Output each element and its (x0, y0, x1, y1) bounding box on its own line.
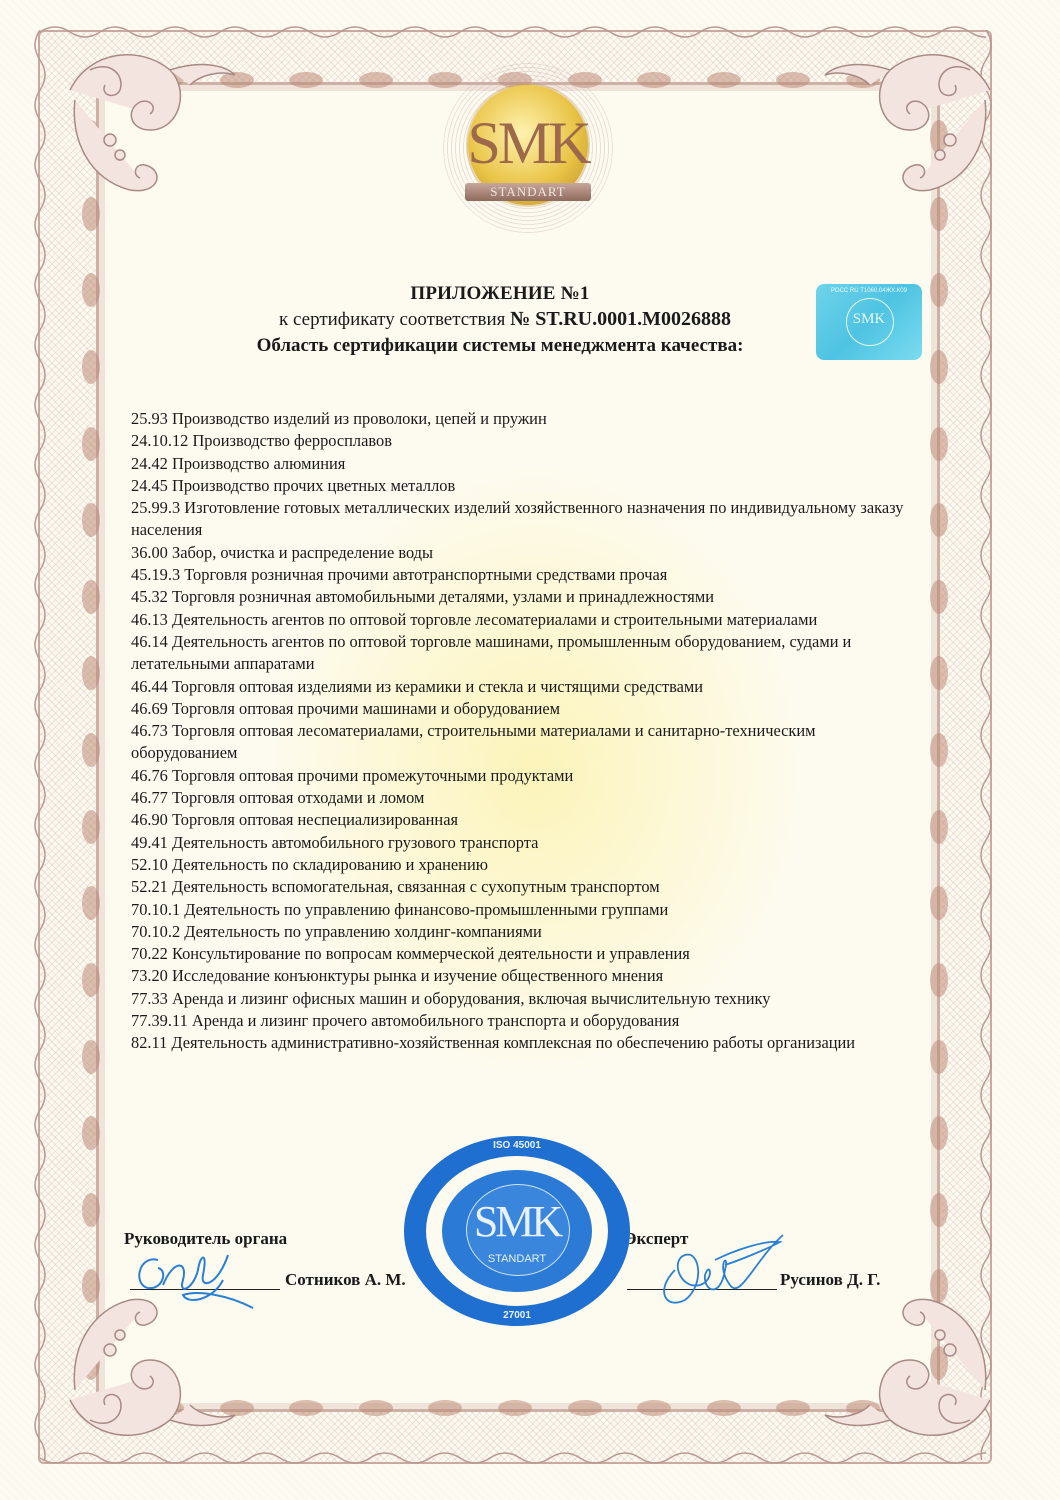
stamp-subtitle: STANDART (404, 1253, 630, 1265)
activity-item: 45.19.3 Торговля розничная прочими автот… (131, 564, 911, 586)
emblem-subtitle: STANDART (465, 184, 591, 200)
activity-item: 46.13 Деятельность агентов по оптовой то… (131, 609, 911, 631)
activity-item: 24.45 Производство прочих цветных металл… (131, 475, 911, 497)
activity-item: 77.33 Аренда и лизинг офисных машин и об… (131, 988, 911, 1010)
activity-item: 45.32 Торговля розничная автомобильными … (131, 586, 911, 608)
stamp-iso-top: ISO 45001 (404, 1140, 630, 1151)
activity-item: 52.10 Деятельность по складированию и хр… (131, 854, 911, 876)
wave-border-left (30, 30, 46, 1460)
ornament-corner-icon (820, 30, 1010, 220)
certificate-reference: к сертификату соответствия № ST.RU.0001.… (170, 308, 840, 331)
activity-item: 70.10.2 Деятельность по управлению холди… (131, 921, 911, 943)
activity-item: 46.44 Торговля оптовая изделиями из кера… (131, 676, 911, 698)
emblem-logo-text: SMK (443, 113, 613, 173)
stamp-logo-text: SMK (404, 1196, 630, 1247)
head-name: Сотников А. М. (285, 1270, 406, 1290)
ornament-corner-icon (820, 1270, 1010, 1460)
certificate-number: № ST.RU.0001.M0026888 (510, 308, 731, 330)
activity-item: 24.42 Производство алюминия (131, 453, 911, 475)
activity-item: 82.11 Деятельность административно-хозяй… (131, 1032, 911, 1054)
activity-item: 46.77 Торговля оптовая отходами и ломом (131, 787, 911, 809)
activity-item: 49.41 Деятельность автомобильного грузов… (131, 832, 911, 854)
scope-heading: Область сертификации системы менеджмента… (180, 335, 820, 357)
activity-item: 70.10.1 Деятельность по управлению финан… (131, 899, 911, 921)
activity-item: 46.90 Торговля оптовая неспециализирован… (131, 809, 911, 831)
handwritten-signature-icon (645, 1230, 785, 1310)
activity-item: 25.93 Производство изделий из проволоки,… (131, 408, 911, 430)
activity-item: 46.73 Торговля оптовая лесоматериалами, … (131, 720, 911, 765)
appendix-title: ПРИЛОЖЕНИЕ №1 (200, 283, 800, 305)
wave-border-right (980, 30, 996, 1460)
hologram-logo-text: SMK (846, 311, 892, 328)
stamp-iso-bottom: 27001 (404, 1310, 630, 1321)
expert-name: Русинов Д. Г. (780, 1270, 880, 1290)
activity-item: 24.10.12 Производство ферросплавов (131, 430, 911, 452)
border-beads-bottom (150, 1398, 880, 1418)
border-beads-left (80, 120, 102, 1380)
activity-item: 25.99.3 Изготовление готовых металлическ… (131, 497, 911, 542)
certification-stamp: SMK STANDART ISO 45001 27001 (404, 1136, 630, 1326)
activity-list: 25.93 Производство изделий из проволоки,… (131, 408, 911, 1055)
activity-item: 46.69 Торговля оптовая прочими машинами … (131, 698, 911, 720)
activity-item: 46.14 Деятельность агентов по оптовой то… (131, 631, 911, 676)
activity-item: 77.39.11 Аренда и лизинг прочего автомоб… (131, 1010, 911, 1032)
hologram-registration-text: РОСС RU Т1060.04ЖХ.К09 (816, 288, 922, 294)
activity-item: 46.76 Торговля оптовая прочими промежуто… (131, 765, 911, 787)
activity-item: 70.22 Консультирование по вопросам комме… (131, 943, 911, 965)
certificate-reference-prefix: к сертификату соответствия (279, 309, 505, 330)
border-beads-right (928, 120, 950, 1380)
activity-item: 36.00 Забор, очистка и распределение вод… (131, 542, 911, 564)
activity-item: 52.21 Деятельность вспомогательная, связ… (131, 876, 911, 898)
ornament-corner-icon (50, 30, 240, 220)
activity-item: 73.20 Исследование конъюнктуры рынка и и… (131, 965, 911, 987)
handwritten-signature-icon (128, 1240, 258, 1310)
smk-emblem-logo: SMK STANDART (443, 63, 613, 233)
